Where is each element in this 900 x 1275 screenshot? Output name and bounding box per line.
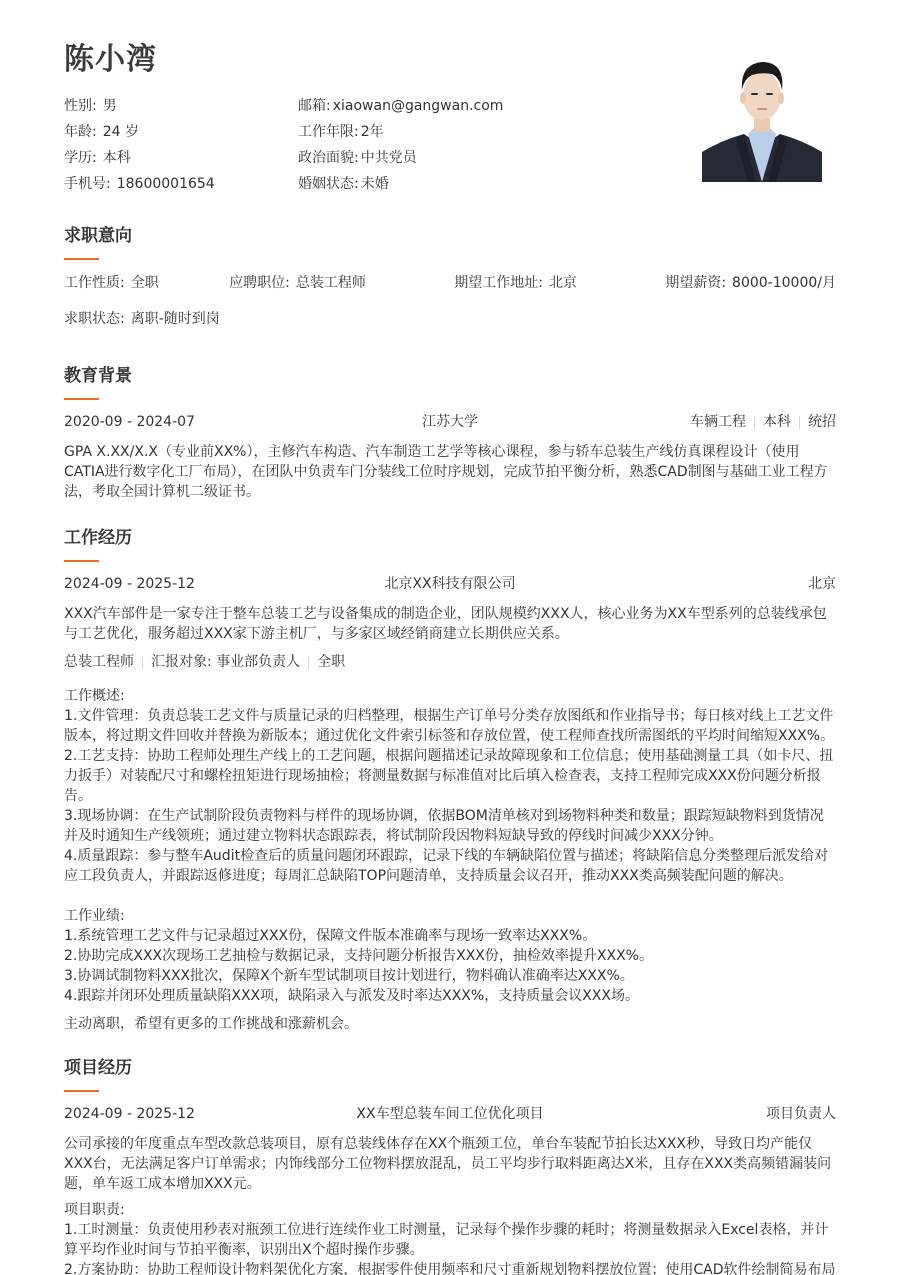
project-duties-title: 项目职责: xyxy=(64,1200,836,1220)
info-label: 政治面貌: xyxy=(298,150,359,166)
info-education: 学历:本科 xyxy=(64,145,298,171)
work-period: 2024-09 - 2025-12 xyxy=(64,574,195,594)
info-value: 18600001654 xyxy=(117,176,215,192)
info-label: 年龄: xyxy=(64,124,97,140)
section-accent-bar xyxy=(64,560,99,562)
work-company: 北京XX科技有限公司 xyxy=(384,574,515,594)
info-email: 邮箱:xiaowan@gangwan.com xyxy=(298,93,532,119)
work-achievement-item: 1.系统管理工艺文件与记录超过XXX份，保障文件版本准确率与现场一致率达XXX%… xyxy=(64,926,836,946)
education-school: 江苏大学 xyxy=(422,412,478,432)
education-section: 教育背景 2020-09 - 2024-07 江苏大学 车辆工程 本科 统招 G… xyxy=(64,364,836,502)
info-phone: 手机号:18600001654 xyxy=(64,171,298,197)
project-duty-item: 2.方案协助：协助工程师设计物料架优化方案，根据零件使用频率和尺寸重新规划物料摆… xyxy=(64,1260,836,1275)
work-overview-item: 1.文件管理：负责总装工艺文件与质量记录的归档整理，根据生产订单号分类存放图纸和… xyxy=(64,706,836,746)
section-accent-bar xyxy=(64,1090,99,1092)
info-value: xiaowan@gangwan.com xyxy=(333,98,504,114)
info-value: 本科 xyxy=(103,150,131,166)
education-enrollment: 统招 xyxy=(808,412,836,432)
intent-value: 全职 xyxy=(131,275,159,291)
work-type: 全职 xyxy=(317,652,345,672)
leave-reason: 主动离职，希望有更多的工作挑战和涨薪机会。 xyxy=(64,1014,836,1034)
education-degree: 本科 xyxy=(763,412,791,432)
education-header-row: 2020-09 - 2024-07 江苏大学 车辆工程 本科 统招 xyxy=(64,412,836,432)
tag-separator xyxy=(308,656,309,669)
work-header-row: 2024-09 - 2025-12 北京XX科技有限公司 北京 xyxy=(64,574,836,594)
intent-status: 求职状态:离职-随时到岗 xyxy=(64,309,220,329)
intent-label: 期望薪资: xyxy=(665,275,726,291)
section-accent-bar xyxy=(64,398,99,400)
tag-separator xyxy=(754,416,755,429)
company-description: XXX汽车部件是一家专注于整车总装工艺与设备集成的制造企业，团队规模约XXX人，… xyxy=(64,604,836,644)
info-label: 工作年限: xyxy=(298,124,359,140)
tag-separator xyxy=(142,656,143,669)
project-period: 2024-09 - 2025-12 xyxy=(64,1104,195,1124)
intent-value: 8000-10000/月 xyxy=(732,275,836,291)
education-description: GPA X.XX/X.X（专业前XX%），主修汽车构造、汽车制造工艺学等核心课程… xyxy=(64,442,836,502)
education-tags: 车辆工程 本科 统招 xyxy=(690,412,836,432)
work-section: 工作经历 2024-09 - 2025-12 北京XX科技有限公司 北京 XXX… xyxy=(64,526,836,1034)
info-label: 学历: xyxy=(64,150,97,166)
info-marital: 婚姻状态:未婚 xyxy=(298,171,532,197)
job-intent-section: 求职意向 工作性质:全职 应聘职位:总装工程师 期望工作地址:北京 期望薪资:8… xyxy=(64,224,836,329)
info-row: 手机号:18600001654 婚姻状态:未婚 xyxy=(64,171,624,197)
portrait-icon xyxy=(702,48,822,182)
basic-info: 性别:男 邮箱:xiaowan@gangwan.com 年龄:24 岁 工作年限… xyxy=(64,93,624,197)
info-label: 性别: xyxy=(64,98,97,114)
section-title: 求职意向 xyxy=(64,224,836,248)
intent-salary: 期望薪资:8000-10000/月 xyxy=(665,273,836,293)
work-achievements-title: 工作业绩: xyxy=(64,906,836,926)
intent-row: 工作性质:全职 应聘职位:总装工程师 期望工作地址:北京 期望薪资:8000-1… xyxy=(64,273,836,293)
work-achievement-item: 4.跟踪并闭环处理质量缺陷XXX项，缺陷录入与派发及时率达XXX%，支持质量会议… xyxy=(64,986,836,1006)
section-title: 工作经历 xyxy=(64,526,836,550)
section-accent-bar xyxy=(64,258,99,260)
info-row: 学历:本科 政治面貌:中共党员 xyxy=(64,145,624,171)
info-row: 性别:男 邮箱:xiaowan@gangwan.com xyxy=(64,93,624,119)
work-achievement-item: 2.协助完成XXX次现场工艺抽检与数据记录，支持问题分析报告XXX份，抽检效率提… xyxy=(64,946,836,966)
profile-photo xyxy=(702,48,822,182)
project-section: 项目经历 2024-09 - 2025-12 XX车型总装车间工位优化项目 项目… xyxy=(64,1056,836,1275)
intent-value: 北京 xyxy=(549,275,577,291)
education-major: 车辆工程 xyxy=(690,412,746,432)
intent-status-row: 求职状态:离职-随时到岗 xyxy=(64,309,836,329)
candidate-name: 陈小湾 xyxy=(64,40,157,80)
info-value: 男 xyxy=(103,98,117,114)
intent-position: 应聘职位:总装工程师 xyxy=(229,273,366,293)
education-period: 2020-09 - 2024-07 xyxy=(64,412,195,432)
info-political: 政治面貌:中共党员 xyxy=(298,145,532,171)
info-label: 手机号: xyxy=(64,176,111,192)
intent-value: 离职-随时到岗 xyxy=(131,311,220,327)
info-label: 婚姻状态: xyxy=(298,176,359,192)
intent-location: 期望工作地址:北京 xyxy=(454,273,577,293)
work-achievement-item: 3.协调试制物料XXX批次，保障X个新车型试制项目按计划进行，物料确认准确率达X… xyxy=(64,966,836,986)
info-value: 未婚 xyxy=(361,176,389,192)
project-role: 项目负责人 xyxy=(766,1104,836,1124)
info-gender: 性别:男 xyxy=(64,93,298,119)
info-work-years: 工作年限:2年 xyxy=(298,119,532,145)
info-row: 年龄:24 岁 工作年限:2年 xyxy=(64,119,624,145)
intent-label: 期望工作地址: xyxy=(454,275,543,291)
work-overview-item: 4.质量跟踪：参与整车Audit检查后的质量问题闭环跟踪，记录下线的车辆缺陷位置… xyxy=(64,846,836,886)
info-age: 年龄:24 岁 xyxy=(64,119,298,145)
work-city: 北京 xyxy=(808,574,836,594)
intent-label: 应聘职位: xyxy=(229,275,290,291)
work-overview-item: 3.现场协调：在生产试制阶段负责物料与样件的现场协调，依据BOM清单核对到场物料… xyxy=(64,806,836,846)
project-description: 公司承接的年度重点车型改款总装项目，原有总装线体存在XX个瓶颈工位，单台车装配节… xyxy=(64,1134,836,1194)
section-title: 教育背景 xyxy=(64,364,836,388)
work-overview-title: 工作概述: xyxy=(64,686,836,706)
work-title: 总装工程师 xyxy=(64,652,134,672)
info-label: 邮箱: xyxy=(298,98,331,114)
intent-label: 工作性质: xyxy=(64,275,125,291)
intent-value: 总装工程师 xyxy=(296,275,366,291)
section-title: 项目经历 xyxy=(64,1056,836,1080)
work-overview-item: 2.工艺支持：协助工程师处理生产线上的工艺问题，根据问题描述记录故障现象和工位信… xyxy=(64,746,836,806)
intent-job-type: 工作性质:全职 xyxy=(64,273,159,293)
project-duty-item: 1.工时测量：负责使用秒表对瓶颈工位进行连续作业工时测量，记录每个操作步骤的耗时… xyxy=(64,1220,836,1260)
work-report-to: 汇报对象: 事业部负责人 xyxy=(151,652,300,672)
work-tags: 总装工程师 汇报对象: 事业部负责人 全职 xyxy=(64,652,836,672)
info-value: 2年 xyxy=(361,124,384,140)
info-value: 中共党员 xyxy=(361,150,417,166)
info-value: 24 岁 xyxy=(103,124,139,140)
tag-separator xyxy=(799,416,800,429)
project-name: XX车型总装车间工位优化项目 xyxy=(356,1104,543,1124)
intent-label: 求职状态: xyxy=(64,311,125,327)
project-header-row: 2024-09 - 2025-12 XX车型总装车间工位优化项目 项目负责人 xyxy=(64,1104,836,1124)
